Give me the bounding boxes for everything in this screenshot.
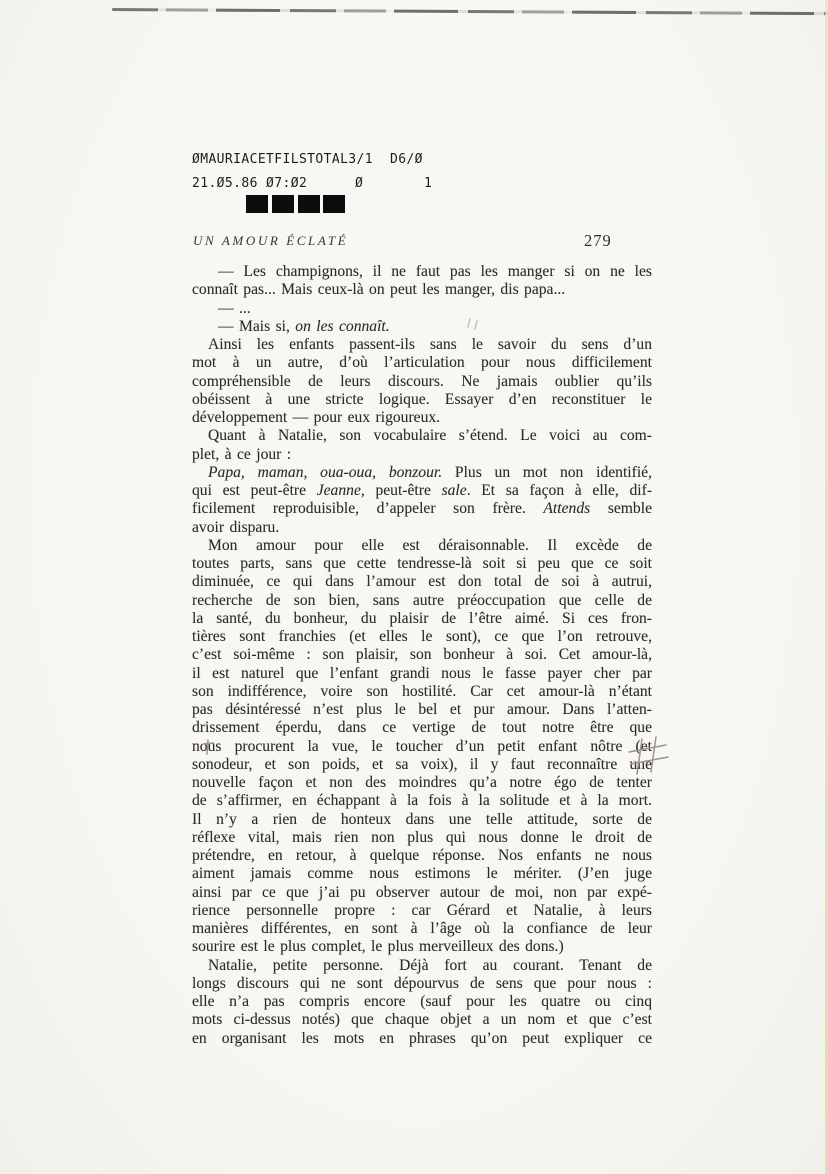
text-line: mot à un autre, d’où l’articulation pour… [192, 354, 652, 372]
text-line: recherche de son bien, sans autre préocc… [192, 592, 652, 610]
pencil-tick-marks [466, 317, 482, 333]
text-line: sonodeur, et son poids, et sa voix), il … [192, 756, 652, 774]
text-line: réflexe vital, mais rien non plus qui no… [192, 829, 652, 847]
text-line: rience personnelle propre : car Gérard e… [192, 902, 652, 920]
text-line: il est naturel que l’enfant grandi nous … [192, 665, 652, 683]
text-line: manières différentes, en sont à l’âge où… [192, 920, 652, 938]
paragraph: Papa, maman, oua-oua, bonzour. Plus un m… [192, 464, 652, 537]
text-line: avoir disparu. [192, 519, 652, 537]
text-line: son indifférence, voire son hostilité. C… [192, 683, 652, 701]
running-head: UN AMOUR ÉCLATÉ 279 [193, 231, 653, 251]
text-line: tières sont franchies (et elles le sont)… [192, 628, 652, 646]
text-line: — Mais si, on les connaît. [192, 318, 652, 336]
print-density-blocks [246, 195, 396, 213]
text-line: de s’affirmer, en échappant à la fois à … [192, 792, 652, 810]
text-line: diminuée, ce qui dans l’amour est don to… [192, 573, 652, 591]
paragraph: — Mais si, on les connaît. [192, 318, 652, 336]
text-line: obéissent à une stricte logique. Essayer… [192, 391, 652, 409]
paragraph: Quant à Natalie, son vocabulaire s’étend… [192, 427, 652, 464]
text-line: drissement éperdu, dans ce vertige de to… [192, 719, 652, 737]
paragraph: — ... [192, 300, 652, 318]
text-line: plet, à ce jour : [192, 446, 652, 464]
hash-pencil-mark [626, 736, 670, 778]
text-line: Papa, maman, oua-oua, bonzour. Plus un m… [192, 464, 652, 482]
text-line: nouvelle façon et non des moindres qu’a … [192, 774, 652, 792]
header-counter-b: 1 [424, 176, 432, 191]
text-line: Mon amour pour elle est déraisonnable. I… [192, 537, 652, 555]
text-line: c’est soi-même : son plaisir, son bonheu… [192, 646, 652, 664]
text-line: aiment jamais comme nous estimons le mér… [192, 865, 652, 883]
text-line: développement — pour eux rigoureux. [192, 409, 652, 427]
paragraph: Mon amour pour elle est déraisonnable. I… [192, 537, 652, 957]
density-block [298, 195, 320, 213]
page-number: 279 [584, 231, 612, 251]
density-block [246, 195, 268, 213]
text-line: Ainsi les enfants passent-ils sans le sa… [192, 336, 652, 354]
text-line: toutes parts, sans que cette tendresse-l… [192, 555, 652, 573]
text-line: ficilement reproduisible, d’appeler son … [192, 500, 652, 518]
text-line: Il n’y a rien de honteux dans une telle … [192, 811, 652, 829]
text-line: la santé, du bonheur, du plaisir de l’êt… [192, 610, 652, 628]
text-line: — ... [192, 300, 652, 318]
text-line: mots ci-dessus notés) que chaque objet a… [192, 1011, 652, 1029]
text-line: nous procurent la vue, le toucher d’un p… [192, 738, 652, 756]
text-line: pas désintéressé n’est plus le bel et pu… [192, 701, 652, 719]
book-title: UN AMOUR ÉCLATÉ [193, 233, 348, 249]
text-line: — Les champignons, il ne faut pas les ma… [192, 263, 652, 281]
header-code: ØMAURIACETFILSTOTAL3/1 [192, 152, 373, 167]
header-code-suffix: D6/Ø [390, 152, 423, 167]
text-line: compréhensible de leurs discours. Ne jam… [192, 373, 652, 391]
text-line: Natalie, petite personne. Déjà fort au c… [192, 957, 652, 975]
paragraph: Natalie, petite personne. Déjà fort au c… [192, 957, 652, 1048]
paragraph: — Les champignons, il ne faut pas les ma… [192, 263, 652, 300]
header-counter-a: Ø [355, 176, 363, 191]
density-block [323, 195, 345, 213]
header-datetime: 21.Ø5.86 Ø7:Ø2 [192, 176, 307, 191]
text-line: ainsi par ce que j’ai pu observer autour… [192, 884, 652, 902]
text-line: Quant à Natalie, son vocabulaire s’étend… [192, 427, 652, 445]
text-line: elle n’a pas compris encore (sauf pour l… [192, 993, 652, 1011]
paragraph: Ainsi les enfants passent-ils sans le sa… [192, 336, 652, 427]
scan-top-edge-line [112, 8, 828, 15]
text-line: en organisant les mots en phrases qu’on … [192, 1030, 652, 1048]
text-line: longs discours qui ne sont dépourvus de … [192, 975, 652, 993]
insertion-caret-mark [201, 739, 215, 757]
density-block [272, 195, 294, 213]
text-line: connaît pas... Mais ceux-là on peut les … [192, 281, 652, 299]
text-line: qui est peut-être Jeanne, peut-être sale… [192, 482, 652, 500]
text-line: sourire est le plus complet, le plus mer… [192, 938, 652, 956]
page-text: — Les champignons, il ne faut pas les ma… [192, 263, 652, 1048]
text-line: prétendre, en retour, à quelque réponse.… [192, 847, 652, 865]
